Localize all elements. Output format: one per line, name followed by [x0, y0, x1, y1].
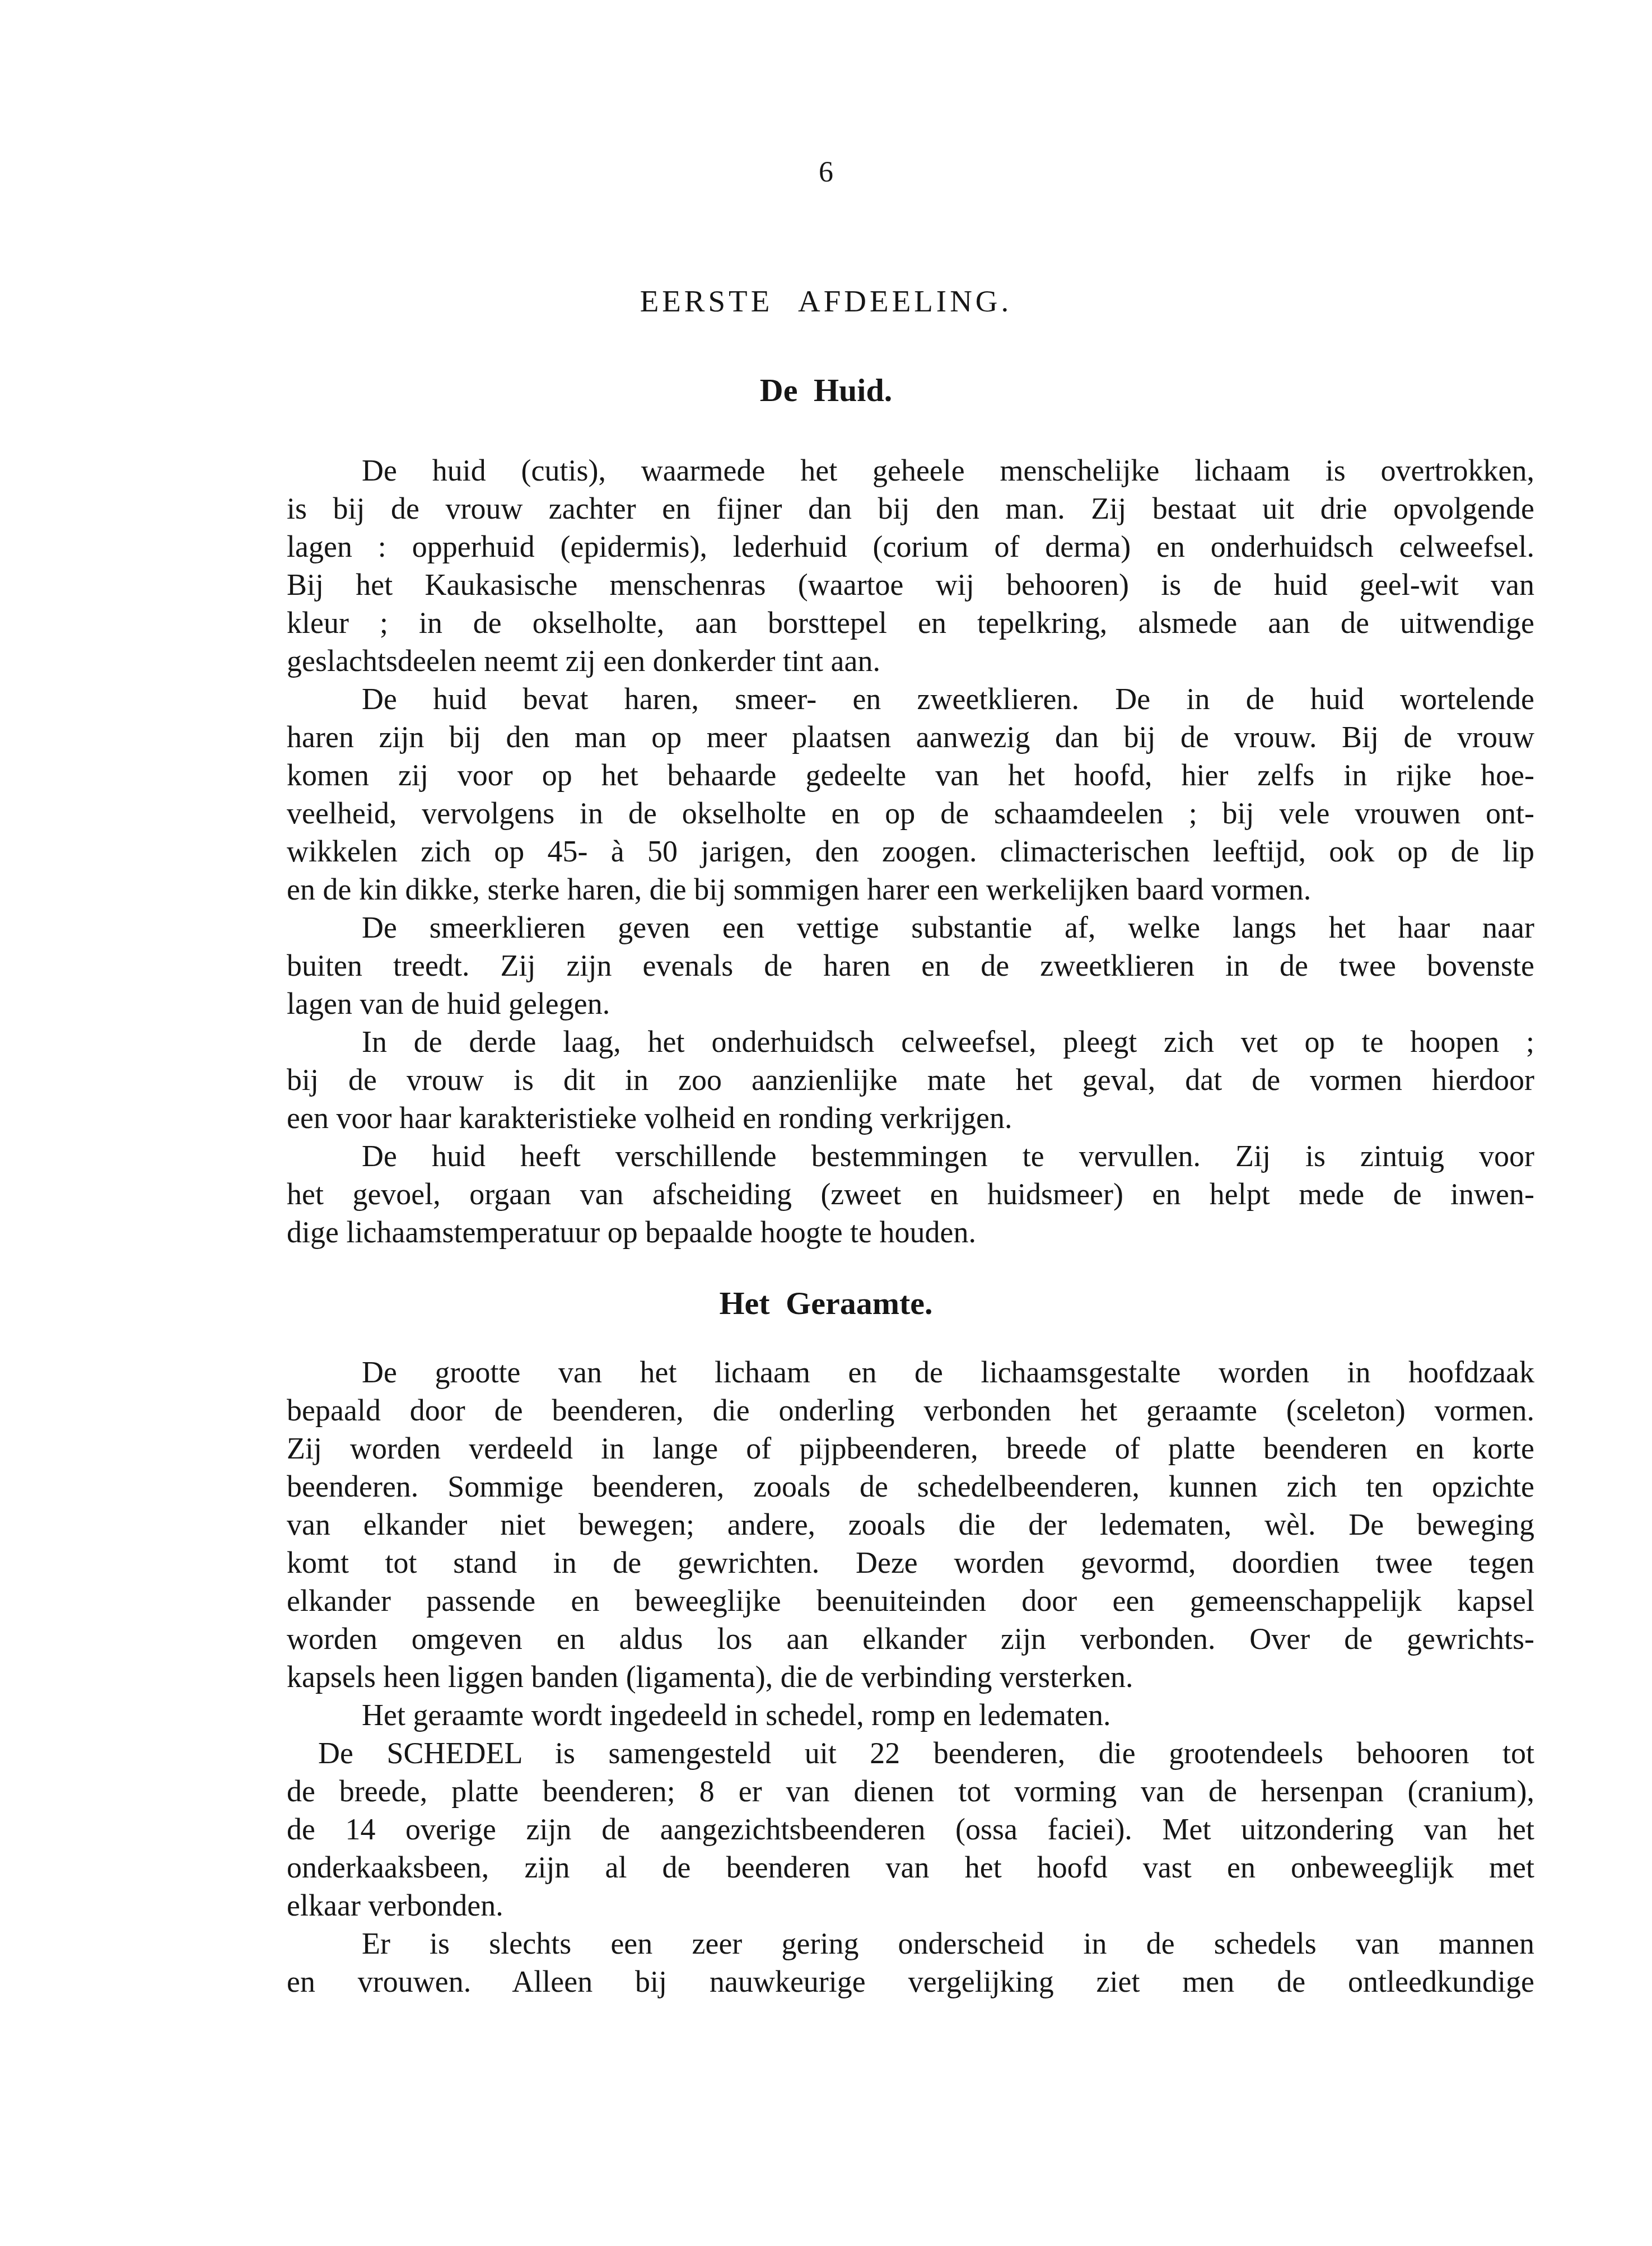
text-line: De smeerklieren geven een vettige substa… — [287, 908, 1534, 947]
text-line: het gevoel, orgaan van afscheiding (zwee… — [287, 1175, 1534, 1213]
part-heading: EERSTE AFDEELING. — [0, 283, 1652, 319]
text-line: haren zijn bij den man op meer plaatsen … — [287, 718, 1534, 756]
text-line: Zij worden verdeeld in lange of pijpbeen… — [287, 1429, 1534, 1467]
paragraph: In de derde laag, het onderhuidsch celwe… — [287, 1023, 1534, 1137]
text-line: Het geraamte wordt ingedeeld in schedel,… — [287, 1696, 1534, 1734]
text-line: Bij het Kaukasische menschenras (waartoe… — [287, 566, 1534, 604]
paragraph: De huid bevat haren, smeer- en zweetklie… — [287, 680, 1534, 908]
text-line: en vrouwen. Alleen bij nauwkeurige verge… — [287, 1963, 1534, 2001]
paragraph: Er is slechts een zeer gering onderschei… — [287, 1925, 1534, 2001]
text-line: buiten treedt. Zij zijn evenals de haren… — [287, 947, 1534, 985]
text-line: elkander passende en beweeglijke beenuit… — [287, 1582, 1534, 1620]
text-line: bij de vrouw is dit in zoo aanzienlijke … — [287, 1061, 1534, 1099]
text-line: De grootte van het lichaam en de lichaam… — [287, 1353, 1534, 1391]
text-line: worden omgeven en aldus los aan elkander… — [287, 1620, 1534, 1658]
section-de-huid: De Huid. De huid (cutis), waarmede het g… — [0, 371, 1652, 1251]
text-line: lagen van de huid gelegen. — [287, 985, 1534, 1023]
text-line: bepaald door de beenderen, die onderling… — [287, 1391, 1534, 1429]
paragraph: Het geraamte wordt ingedeeld in schedel,… — [287, 1696, 1534, 1734]
paragraph: De huid (cutis), waarmede het geheele me… — [287, 451, 1534, 680]
text-line: De huid bevat haren, smeer- en zweetklie… — [287, 680, 1534, 718]
text-line: De SCHEDEL is samengesteld uit 22 beende… — [287, 1734, 1534, 1772]
section-body: De huid (cutis), waarmede het geheele me… — [287, 451, 1534, 1251]
paragraph: De smeerklieren geven een vettige substa… — [287, 908, 1534, 1023]
paragraph: De huid heeft verschillende bestemmingen… — [287, 1137, 1534, 1251]
text-line: wikkelen zich op 45- à 50 jarigen, den z… — [287, 832, 1534, 870]
text-line: kleur ; in de okselholte, aan borsttepel… — [287, 604, 1534, 642]
text-line: de 14 overige zijn de aangezichtsbeender… — [287, 1810, 1534, 1848]
text-line: Er is slechts een zeer gering onderschei… — [287, 1925, 1534, 1963]
text-line: lagen : opperhuid (epidermis), lederhuid… — [287, 528, 1534, 566]
text-line: de breede, platte beenderen; 8 er van di… — [287, 1772, 1534, 1810]
text-line: onderkaaksbeen, zijn al de beenderen van… — [287, 1848, 1534, 1886]
text-line: De huid heeft verschillende bestemmingen… — [287, 1137, 1534, 1175]
section-body: De grootte van het lichaam en de lichaam… — [287, 1353, 1534, 2001]
text-line: van elkander niet bewegen; andere, zooal… — [287, 1506, 1534, 1544]
text-line: geslachtsdeelen neemt zij een donkerder … — [287, 642, 1534, 680]
page-number: 6 — [0, 0, 1652, 189]
paragraph: De SCHEDEL is samengesteld uit 22 beende… — [287, 1734, 1534, 1925]
text-line: In de derde laag, het onderhuidsch celwe… — [287, 1023, 1534, 1061]
text-line: een voor haar karakteristieke volheid en… — [287, 1099, 1534, 1137]
text-line: beenderen. Sommige beenderen, zooals de … — [287, 1467, 1534, 1506]
text-line: en de kin dikke, sterke haren, die bij s… — [287, 870, 1534, 908]
section-het-geraamte: Het Geraamte. De grootte van het lichaam… — [0, 1284, 1652, 2001]
text-line: komen zij voor op het behaarde gedeelte … — [287, 756, 1534, 794]
document-page: 6 EERSTE AFDEELING. De Huid. De huid (cu… — [0, 0, 1652, 2246]
paragraph: De grootte van het lichaam en de lichaam… — [287, 1353, 1534, 1696]
text-line: is bij de vrouw zachter en fijner dan bi… — [287, 490, 1534, 528]
text-line: dige lichaamstemperatuur op bepaalde hoo… — [287, 1213, 1534, 1251]
chapter-heading: Het Geraamte. — [0, 1284, 1652, 1323]
text-line: veelheid, vervolgens in de okselholte en… — [287, 794, 1534, 832]
text-line: kapsels heen liggen banden (ligamenta), … — [287, 1658, 1534, 1696]
text-line: elkaar verbonden. — [287, 1886, 1534, 1925]
chapter-heading: De Huid. — [0, 371, 1652, 410]
text-line: komt tot stand in de gewrichten. Deze wo… — [287, 1544, 1534, 1582]
text-line: De huid (cutis), waarmede het geheele me… — [287, 451, 1534, 490]
